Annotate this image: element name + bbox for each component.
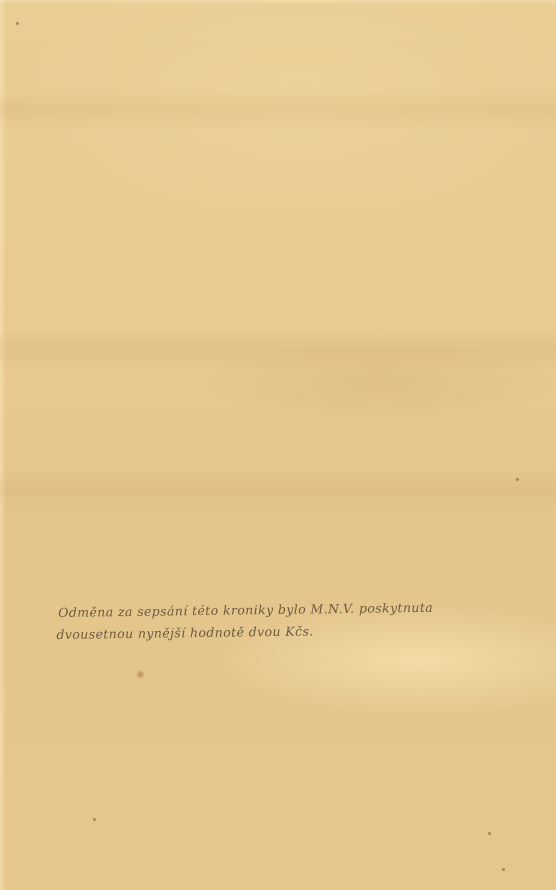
paper-speck	[16, 22, 19, 25]
page-edge-top	[0, 0, 556, 4]
paper-speck	[502, 868, 505, 871]
paper-speck	[488, 832, 491, 835]
paper-crease	[0, 90, 556, 130]
paper-crease	[0, 330, 556, 370]
paper-speck	[93, 818, 96, 821]
paper-crease	[0, 470, 556, 510]
handwritten-note: Odměna za sepsání této kroniky bylo M.N.…	[58, 595, 539, 646]
paper-speck	[516, 478, 519, 481]
page-edge-left	[0, 0, 6, 890]
document-page: Odměna za sepsání této kroniky bylo M.N.…	[0, 0, 556, 890]
ink-stain	[136, 670, 145, 679]
